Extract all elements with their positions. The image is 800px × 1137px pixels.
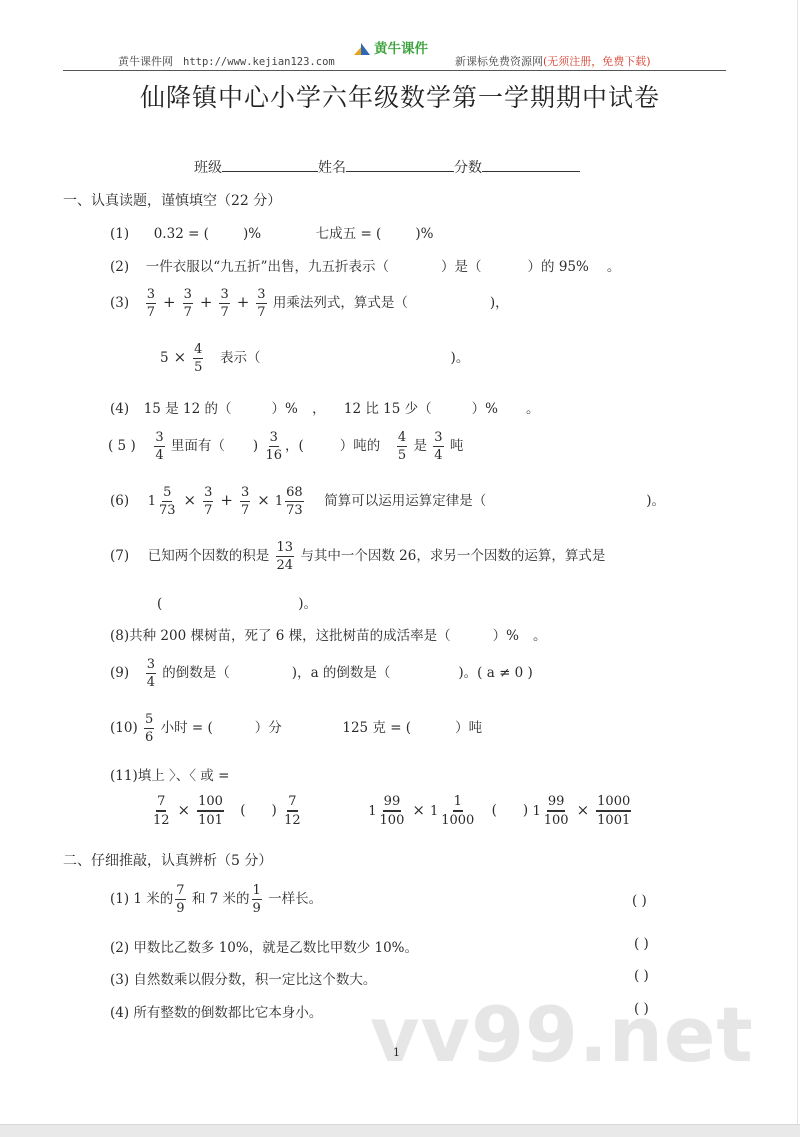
q4-text: 15 是 12 的（ — [144, 401, 232, 417]
q2-end: 。 — [607, 259, 621, 275]
q7-text: 已知两个因数的积是 — [148, 548, 270, 564]
question-1-3: (3) 37+37+37+37 用乘法列式，算式是（)， — [110, 287, 509, 320]
paren-close: ) — [272, 803, 277, 819]
site-name: 黄牛课件网 — [118, 55, 173, 68]
q3-text: )， — [490, 295, 509, 311]
q5-text: ，( — [285, 438, 304, 454]
q1-part-b-unit: )% — [415, 226, 433, 242]
q6-text: 简算可以运用运算定律是（ — [324, 493, 486, 509]
resource-note: (无须注册，免费下载) — [543, 55, 651, 68]
q10-text: 125 克 = ( — [342, 720, 411, 736]
question-1-4: (4) 15 是 12 的（）% ， 12 比 15 少（）%。 — [110, 397, 539, 417]
q5-text: 是 — [413, 438, 427, 454]
fraction: 37 — [256, 287, 266, 320]
fraction: 37 — [183, 287, 193, 320]
student-info-line: 班级姓名分数 — [194, 157, 580, 177]
plus-sign: + — [237, 293, 250, 311]
q1-part-a-unit: )% — [243, 226, 261, 242]
times-sign: × — [257, 491, 270, 509]
fraction: 34 — [154, 430, 164, 463]
question-number: (2) — [110, 259, 129, 275]
score-label: 分数 — [454, 160, 482, 176]
question-number: (9) — [110, 665, 129, 681]
q10-text: ）分 — [255, 720, 282, 736]
question-number: (10) — [110, 720, 138, 736]
fraction: 19 — [252, 883, 262, 916]
plus-sign: + — [163, 293, 176, 311]
question-1-7: (7) 已知两个因数的积是 1324 与其中一个因数 26，求另一个因数的运算，… — [110, 540, 605, 573]
question-number: (7) — [110, 548, 129, 564]
section-2-heading: 二、仔细推敲，认真辨析（5 分） — [63, 850, 272, 870]
q5-text: 吨 — [450, 438, 464, 454]
q10-text: 小时 = ( — [161, 720, 213, 736]
fraction: 45 — [397, 430, 407, 463]
question-1-8: (8)共种 200 棵树苗，死了 6 棵，这批树苗的成活率是（）%。 — [110, 624, 546, 644]
times-sign: × — [178, 801, 191, 819]
question-number: (8) — [110, 628, 129, 644]
q7-text: 与其中一个因数 26，求另一个因数的运算，算式是 — [300, 548, 605, 564]
question-number: (6) — [110, 493, 129, 509]
q7-paren-open: ( — [157, 596, 162, 612]
name-label: 姓名 — [318, 160, 346, 176]
judgment-item-3: (3) 自然数乘以假分数，积一定比这个数大。 — [110, 968, 376, 988]
score-field[interactable] — [482, 157, 580, 172]
q3-line2-end: )。 — [451, 350, 470, 366]
item-text: (1) 1 米的 — [110, 891, 173, 907]
q9-text: )。( a ≠ 0 ) — [458, 665, 532, 681]
page-number: 1 — [393, 1046, 400, 1059]
judgment-item-2: (2) 甲数比乙数多 10%，就是乙数比甲数少 10%。 — [110, 936, 418, 956]
resource-text: 新课标免费资源网 — [455, 55, 543, 68]
q8-text: ）% — [493, 628, 519, 644]
judgment-answer-1[interactable]: ( ) — [632, 893, 647, 909]
fraction: 37 — [240, 485, 250, 518]
times-sign: × — [184, 491, 197, 509]
q2-text: ）是（ — [441, 259, 482, 275]
name-field[interactable] — [346, 157, 454, 172]
fraction: 316 — [264, 430, 283, 463]
mixed-number: 16873 — [275, 485, 306, 518]
times-sign: × — [412, 801, 425, 819]
logo-text: 黄牛课件 — [374, 37, 428, 57]
judgment-item-4: (4) 所有整数的倒数都比它本身小。 — [110, 1001, 322, 1021]
question-1-3-line-2: 5×45 表示（)。 — [160, 342, 469, 375]
fraction: 79 — [175, 883, 185, 916]
site-logo: 黄牛课件 — [352, 35, 428, 59]
fraction: 34 — [146, 657, 156, 690]
paren-open: ( — [240, 803, 245, 819]
paren-close: ) — [523, 803, 528, 819]
question-1-1: (1) 0.32 = ()% 七成五 = ()% — [110, 222, 433, 242]
question-number: ( 5 ) — [108, 438, 136, 454]
q1-part-a: 0.32 = ( — [154, 226, 209, 242]
header-resource-info: 新课标免费资源网(无须注册，免费下载) — [455, 53, 651, 69]
judgment-answer-2[interactable]: ( ) — [634, 936, 649, 952]
mixed-number: 111000 — [430, 794, 477, 828]
question-number: (4) — [110, 401, 129, 417]
q4-text: 12 比 15 少（ — [344, 401, 432, 417]
q6-text: )。 — [646, 493, 665, 509]
q4-end: 。 — [526, 401, 540, 417]
q8-text: 共种 200 棵树苗，死了 6 棵，这批树苗的成活率是（ — [129, 628, 451, 644]
q9-text: 的倒数是（ — [162, 665, 230, 681]
q10-text: ）吨 — [455, 720, 482, 736]
plus-sign: + — [220, 491, 233, 509]
question-1-11-comparisons: 712×100101 () 712 199100×111000 () 19910… — [150, 794, 633, 828]
q9-text: )，a 的倒数是（ — [292, 665, 391, 681]
question-1-9: (9) 34 的倒数是（)，a 的倒数是（)。( a ≠ 0 ) — [110, 657, 533, 690]
fraction: 56 — [144, 712, 154, 745]
q8-end: 。 — [533, 628, 547, 644]
question-1-10: (10) 56 小时 = (）分 125 克 = (）吨 — [110, 712, 482, 745]
judgment-answer-4[interactable]: ( ) — [634, 1001, 649, 1017]
fraction: 100101 — [197, 794, 224, 828]
fraction: 37 — [219, 287, 229, 320]
logo-icon — [352, 37, 372, 57]
exam-page: 黄牛课件网http://www.kejian123.com 黄牛课件 新课标免费… — [0, 0, 798, 1124]
q4-text: ）% — [472, 401, 498, 417]
q5-text: ）吨的 — [340, 438, 381, 454]
mixed-number: 1573 — [148, 485, 179, 518]
fraction: 34 — [433, 430, 443, 463]
q4-text: ）% — [271, 401, 297, 417]
q4-comma: ， — [312, 401, 326, 417]
times-sign: × — [577, 801, 590, 819]
section-1-heading: 一、认真读题，谨慎填空（22 分） — [63, 190, 281, 210]
class-field[interactable] — [222, 157, 318, 172]
fraction: 10001001 — [596, 794, 631, 828]
watermark: vv99.net — [370, 990, 754, 1079]
paren-open: ( — [492, 803, 497, 819]
q5-text: ) — [253, 438, 258, 454]
header-site-info: 黄牛课件网http://www.kejian123.com — [118, 53, 335, 69]
question-1-5: ( 5 ) 34 里面有（) 316，(）吨的 45 是 34 吨 — [108, 430, 463, 463]
times-sign: × — [174, 348, 187, 366]
q7-paren-close: )。 — [298, 596, 317, 612]
plus-sign: + — [200, 293, 213, 311]
fraction: 712 — [283, 794, 302, 828]
q11-text: 填上 〉、〈 或 = — [138, 768, 230, 784]
q1-part-b: 七成五 = ( — [316, 226, 382, 242]
fraction: 45 — [193, 342, 203, 375]
question-number: (1) — [110, 226, 129, 242]
fraction: 1324 — [276, 540, 295, 573]
question-1-11: (11)填上 〉、〈 或 = — [110, 764, 229, 784]
fraction: 37 — [203, 485, 213, 518]
q2-text: ）的 95% — [528, 259, 589, 275]
fraction: 712 — [152, 794, 171, 828]
q5-text: 里面有（ — [171, 438, 225, 454]
judgment-item-1: (1) 1 米的79 和 7 米的19 一样长。 — [110, 883, 322, 916]
q3-line2-text: 表示（ — [220, 350, 261, 366]
judgment-answer-3[interactable]: ( ) — [634, 968, 649, 984]
q2-text: 一件衣服以“九五折”出售，九五折表示（ — [146, 259, 389, 275]
mixed-number: 199100 — [532, 794, 571, 828]
header-divider — [63, 70, 726, 71]
question-number: (3) — [110, 295, 129, 311]
question-1-2: (2) 一件衣服以“九五折”出售，九五折表示（）是（）的 95%。 — [110, 255, 620, 275]
fraction: 37 — [146, 287, 156, 320]
question-1-7-line-2: ()。 — [157, 592, 317, 612]
item-text: 和 7 米的 — [192, 891, 250, 907]
viewer-bottom-edge — [0, 1124, 800, 1137]
class-label: 班级 — [194, 160, 222, 176]
item-text: 一样长。 — [268, 891, 322, 907]
question-1-6: (6) 1573×37+37×16873 简算可以运用运算定律是（)。 — [110, 485, 665, 518]
mixed-number: 199100 — [368, 794, 407, 828]
q3-text: 用乘法列式，算式是（ — [273, 295, 408, 311]
page-title: 仙降镇中心小学六年级数学第一学期期中试卷 — [0, 78, 800, 114]
whole-number: 5 — [160, 350, 169, 366]
question-number: (11) — [110, 768, 138, 784]
site-url[interactable]: http://www.kejian123.com — [183, 56, 335, 68]
